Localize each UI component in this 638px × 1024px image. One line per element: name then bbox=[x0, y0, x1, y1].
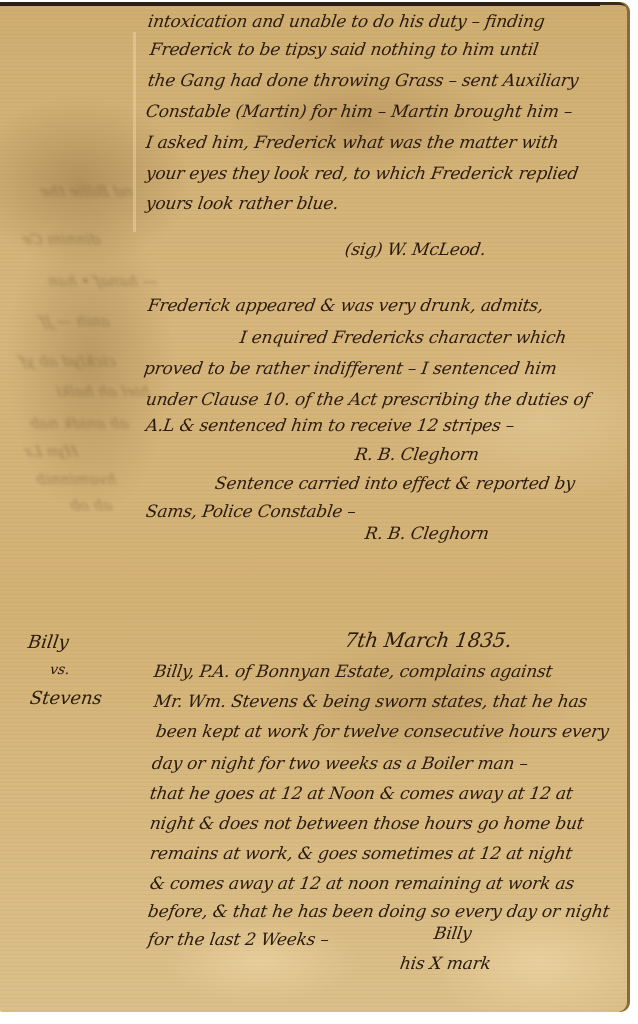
text-line: before, & that he has been doing so ever… bbox=[147, 902, 611, 922]
bleed-through-text: hiel ah halki bbox=[54, 382, 151, 400]
margin-note-defendant: Stevens bbox=[29, 688, 104, 709]
text-line: Billy, P.A. of Bonnyan Estate, complains… bbox=[153, 662, 554, 682]
text-line: I asked him, Frederick what was the matt… bbox=[145, 133, 560, 153]
text-line: A.L & sentenced him to receive 12 stripe… bbox=[145, 416, 516, 436]
signature-mcleod: (sig) W. McLeod. bbox=[344, 240, 487, 260]
page-top-edge bbox=[0, 2, 600, 6]
text-line: day or night for two weeks as a Boiler m… bbox=[151, 754, 530, 774]
text-line: intoxication and unable to do his duty –… bbox=[147, 12, 546, 32]
bleed-through-text: anih — Jf bbox=[38, 312, 111, 330]
text-line: your eyes they look red, to which Freder… bbox=[145, 164, 580, 184]
signature-cleghorn: R. B. Cleghorn bbox=[364, 524, 491, 544]
text-line: Sentence carried into effect & reported … bbox=[214, 474, 577, 494]
text-line: Frederick to be tipsy said nothing to hi… bbox=[149, 40, 540, 60]
signature-cleghorn: R. B. Cleghorn bbox=[354, 445, 481, 465]
margin-note-versus: vs. bbox=[49, 662, 71, 678]
text-line: Constable (Martin) for him – Martin brou… bbox=[145, 102, 574, 122]
page-fold bbox=[133, 32, 136, 232]
margin-note-plaintiff: Billy bbox=[27, 632, 71, 653]
bleed-through-text: cicklyd ab yf bbox=[18, 352, 117, 370]
text-line: the Gang had done throwing Grass – sent … bbox=[147, 71, 580, 91]
entry-date: 7th March 1835. bbox=[343, 628, 513, 652]
text-line: yours look rather blue. bbox=[145, 194, 340, 214]
bleed-through-text: ab anidk nab bbox=[28, 414, 130, 432]
text-line: Mr. Wm. Stevens & being sworn states, th… bbox=[153, 692, 589, 712]
signature-billy: Billy bbox=[433, 924, 473, 944]
bleed-through-text: Hyn Lz bbox=[22, 442, 80, 460]
text-line: I enquired Fredericks character which bbox=[239, 328, 568, 348]
text-line: night & does not between those hours go … bbox=[149, 814, 585, 834]
text-line: for the last 2 Weeks – bbox=[147, 930, 331, 950]
manuscript-page: nd Billie the dinnim Ce — hanaf • han an… bbox=[0, 2, 630, 1012]
text-line: Frederick appeared & was very drunk, adm… bbox=[147, 296, 545, 316]
bleed-through-text: dinnim Ce bbox=[20, 230, 102, 248]
text-line: proved to be rather indifferent – I sent… bbox=[143, 359, 558, 379]
text-line: under Clause 10. of the Act prescribing … bbox=[145, 390, 591, 410]
text-line: & comes away at 12 at noon remaining at … bbox=[149, 874, 576, 894]
text-line: remains at work, & goes sometimes at 12 … bbox=[149, 844, 574, 864]
bleed-through-text: nd Billie the bbox=[38, 182, 134, 200]
bleed-through-text: ab ob bbox=[68, 496, 114, 514]
signature-mark: his X mark bbox=[399, 954, 493, 974]
bleed-through-text: hvaminnib bbox=[34, 470, 118, 488]
text-line: been kept at work for twelve consecutive… bbox=[155, 722, 610, 742]
bleed-through-text: — hanaf • han bbox=[46, 272, 159, 290]
text-line: Sams, Police Constable – bbox=[145, 502, 357, 522]
text-line: that he goes at 12 at Noon & comes away … bbox=[149, 784, 574, 804]
